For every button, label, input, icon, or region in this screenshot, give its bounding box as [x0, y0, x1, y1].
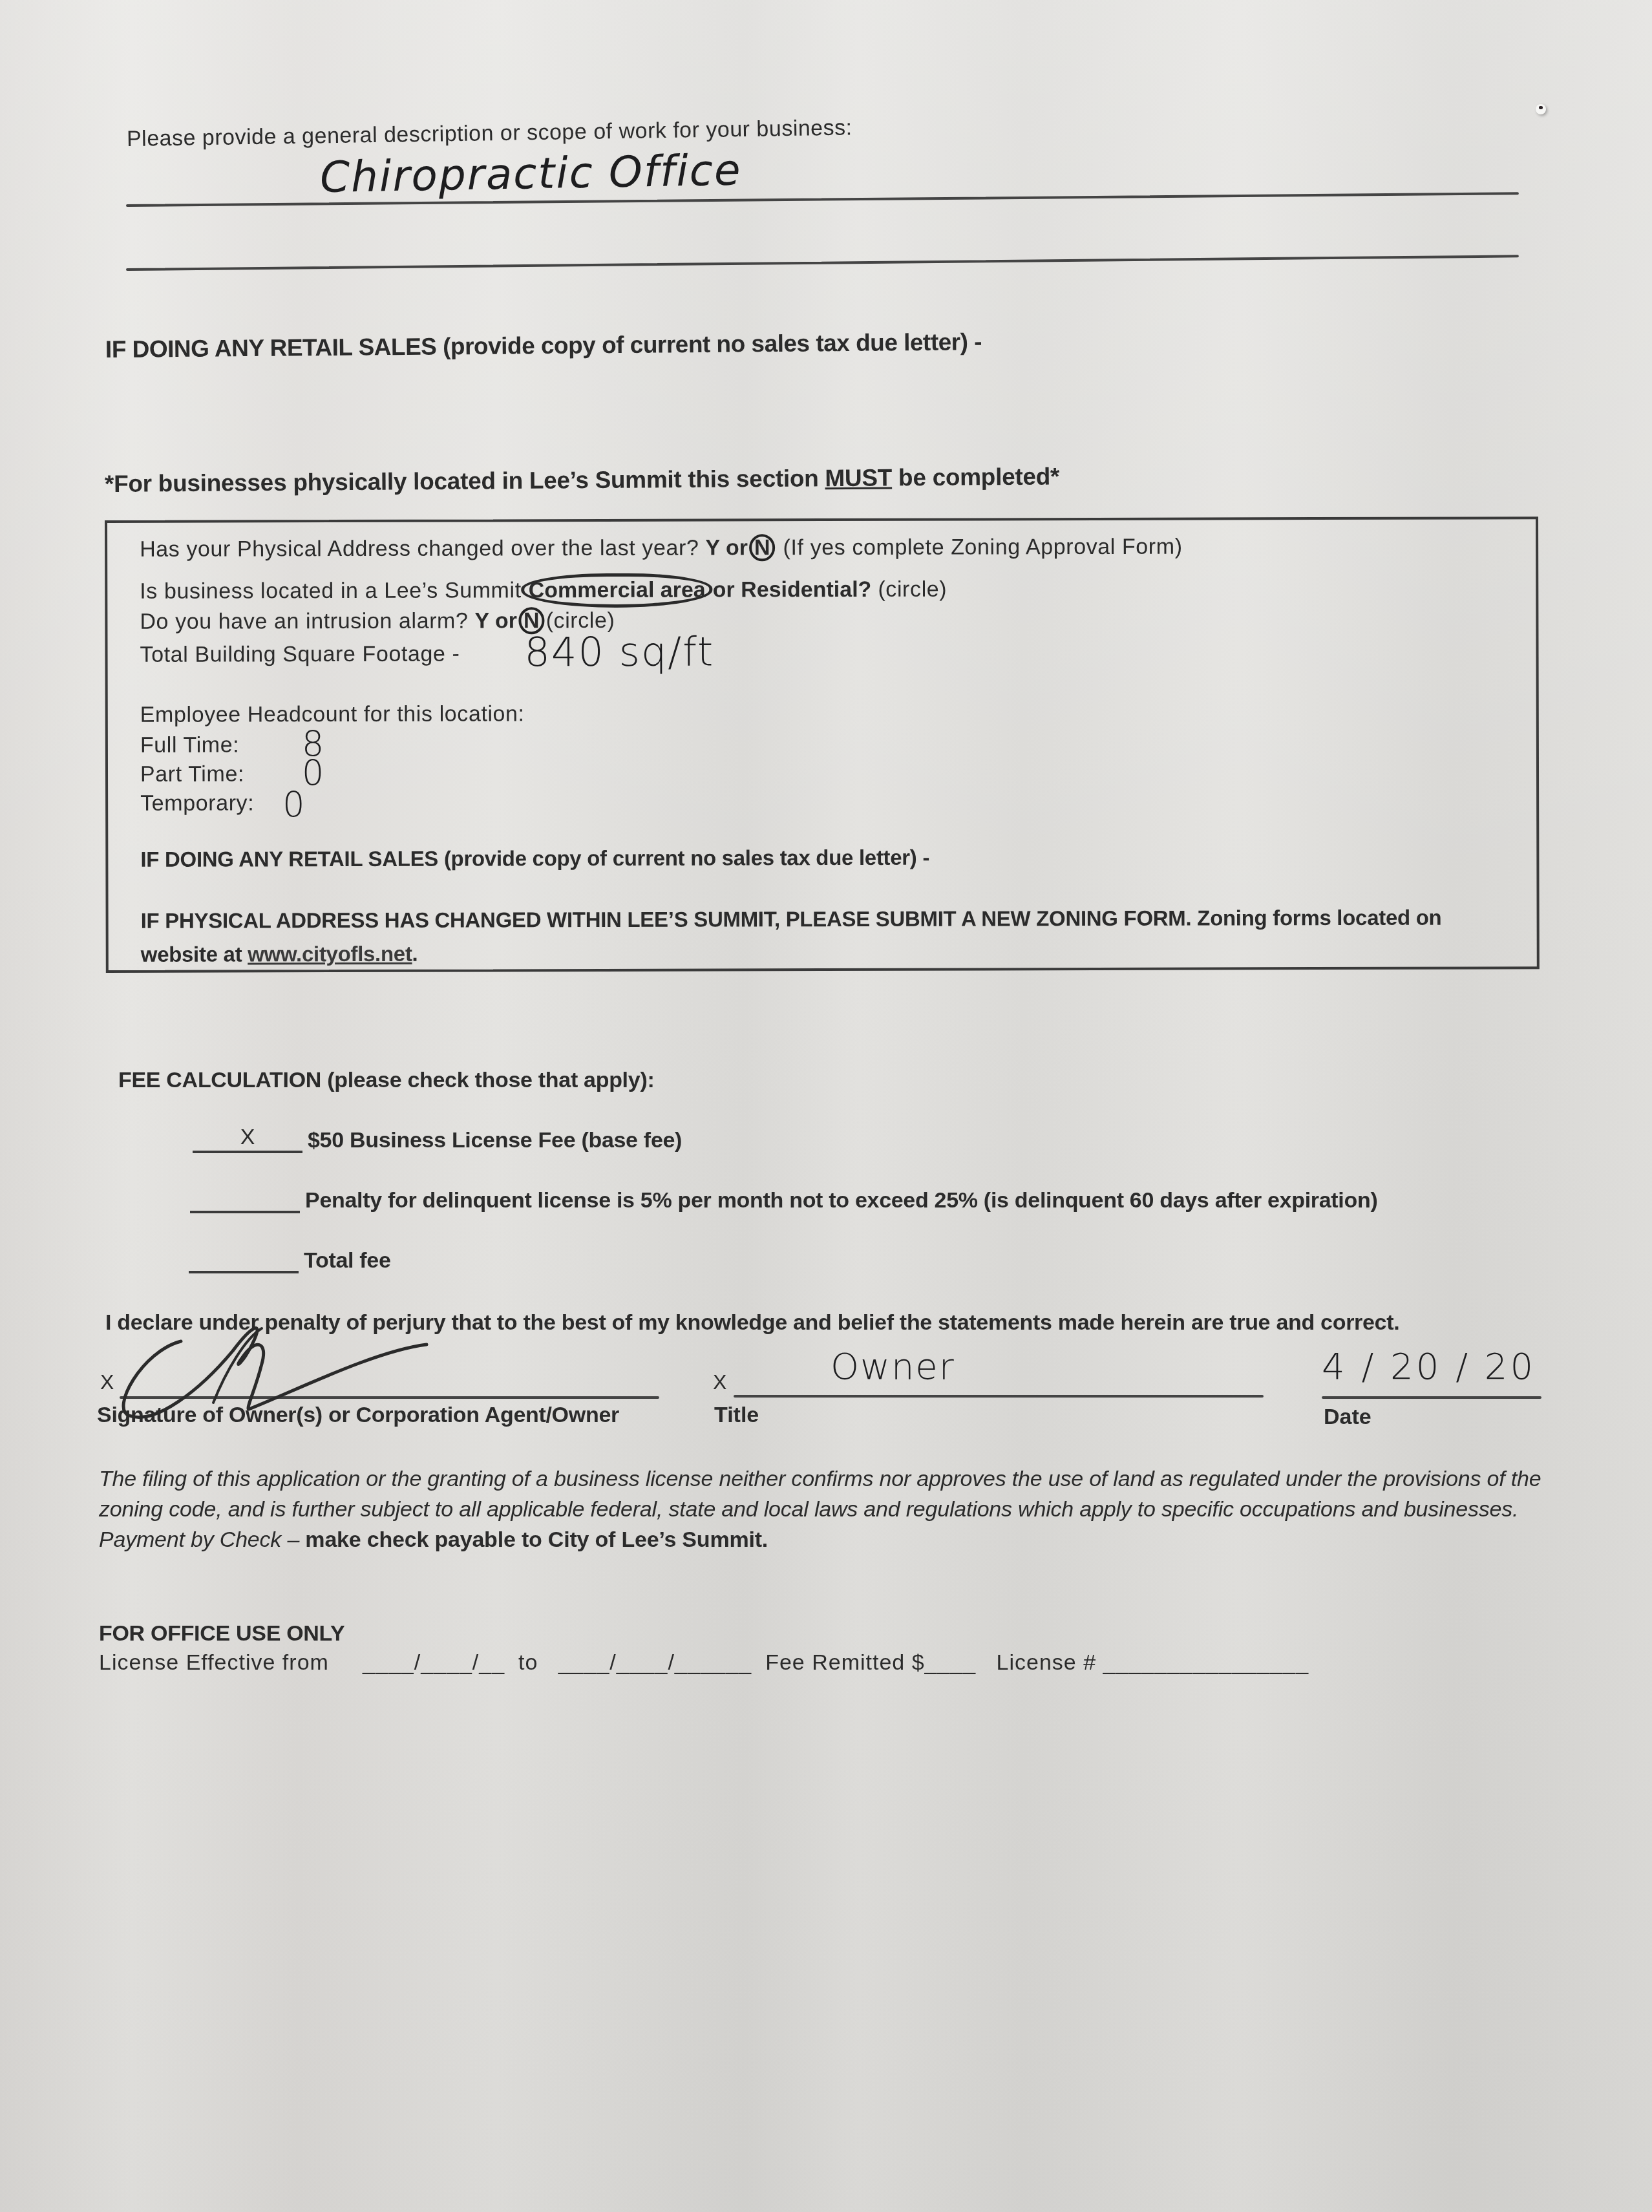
fee-check-blank[interactable] — [189, 1245, 299, 1273]
retail-sales-notice: IF DOING ANY RETAIL SALES (provide copy … — [105, 328, 982, 363]
question-note: (circle) — [878, 577, 947, 602]
office-use-title: FOR OFFICE USE ONLY — [99, 1621, 344, 1646]
fee-item-total: Total fee — [189, 1245, 391, 1273]
fee-item-label: Penalty for delinquent license is 5% per… — [305, 1188, 1377, 1213]
date-line — [1322, 1396, 1541, 1399]
temporary-label: Temporary: — [140, 791, 254, 815]
title-label: Title — [714, 1403, 759, 1428]
full-time-label: Full Time: — [140, 732, 239, 757]
date-value[interactable]: 4 / 20 / 20 — [1322, 1346, 1536, 1388]
disclaimer: The filing of this application or the gr… — [99, 1464, 1553, 1555]
zoning-website-link[interactable]: www.cityofls.net — [248, 942, 412, 966]
zoning-notice: IF PHYSICAL ADDRESS HAS CHANGED WITHIN L… — [141, 900, 1498, 971]
question-label: Is business located in a Lee’s Summit — [140, 578, 522, 604]
zoning-notice-end: . — [412, 942, 418, 966]
fee-item-penalty: Penalty for delinquent license is 5% per… — [190, 1185, 1377, 1213]
heading-prefix: *For businesses physically located in Le… — [105, 465, 825, 497]
headcount-title: Employee Headcount for this location: — [140, 701, 525, 728]
description-line-2 — [126, 255, 1519, 271]
question-address-changed: Has your Physical Address changed over t… — [140, 533, 1183, 563]
option-commercial-circled[interactable]: Commercial area — [522, 573, 713, 608]
headcount-part-time: Part Time: 0 — [140, 761, 244, 787]
headcount-temporary: Temporary: 0 — [140, 791, 254, 816]
question-square-footage: Total Building Square Footage - — [140, 642, 460, 668]
question-note: (If yes complete Zoning Approval Form) — [783, 535, 1182, 560]
fee-calculation-title: FEE CALCULATION (please check those that… — [118, 1068, 654, 1093]
option-yes[interactable]: Y or — [475, 608, 518, 633]
title-x-mark: X — [713, 1370, 727, 1394]
part-time-label: Part Time: — [140, 761, 244, 786]
temporary-value[interactable]: 0 — [282, 784, 306, 825]
fee-item-label: $50 Business License Fee (base fee) — [308, 1128, 682, 1153]
lees-summit-box: Has your Physical Address changed over t… — [105, 516, 1540, 973]
option-yes[interactable]: Y or — [705, 535, 748, 560]
lees-summit-heading: *For businesses physically located in Le… — [105, 463, 1059, 498]
office-use-row: License Effective from ____/____/__ to _… — [99, 1650, 1309, 1675]
square-footage-value[interactable]: 840 sq/ft — [524, 628, 714, 676]
question-label: Has your Physical Address changed over t… — [140, 536, 699, 562]
option-residential[interactable]: or Residential? — [713, 577, 872, 602]
description-value[interactable]: Chiropractic Office — [319, 145, 742, 202]
option-no-circled[interactable]: N — [749, 534, 776, 561]
fee-item-label: Total fee — [304, 1248, 391, 1273]
heading-must: MUST — [825, 464, 892, 491]
description-label: Please provide a general description or … — [127, 115, 852, 152]
heading-suffix: be completed* — [892, 463, 1059, 491]
headcount-full-time: Full Time: 8 — [140, 732, 239, 758]
date-label: Date — [1324, 1405, 1371, 1430]
retail-sales-notice-box: IF DOING ANY RETAIL SALES (provide copy … — [140, 845, 929, 872]
fee-item-base: X$50 Business License Fee (base fee) — [193, 1125, 682, 1153]
title-value[interactable]: Owner — [831, 1346, 955, 1388]
disclaimer-emphasis: make check payable to City of Lee’s Summ… — [305, 1527, 768, 1552]
fee-check-blank[interactable] — [190, 1185, 300, 1213]
question-label: Do you have an intrusion alarm? — [140, 609, 468, 634]
question-location-type: Is business located in a Lee’s SummitCom… — [140, 573, 947, 609]
title-line — [734, 1395, 1264, 1398]
fee-check-blank[interactable]: X — [193, 1125, 302, 1153]
staple-hole-icon — [1536, 104, 1546, 114]
signature-label: Signature of Owner(s) or Corporation Age… — [97, 1403, 619, 1428]
